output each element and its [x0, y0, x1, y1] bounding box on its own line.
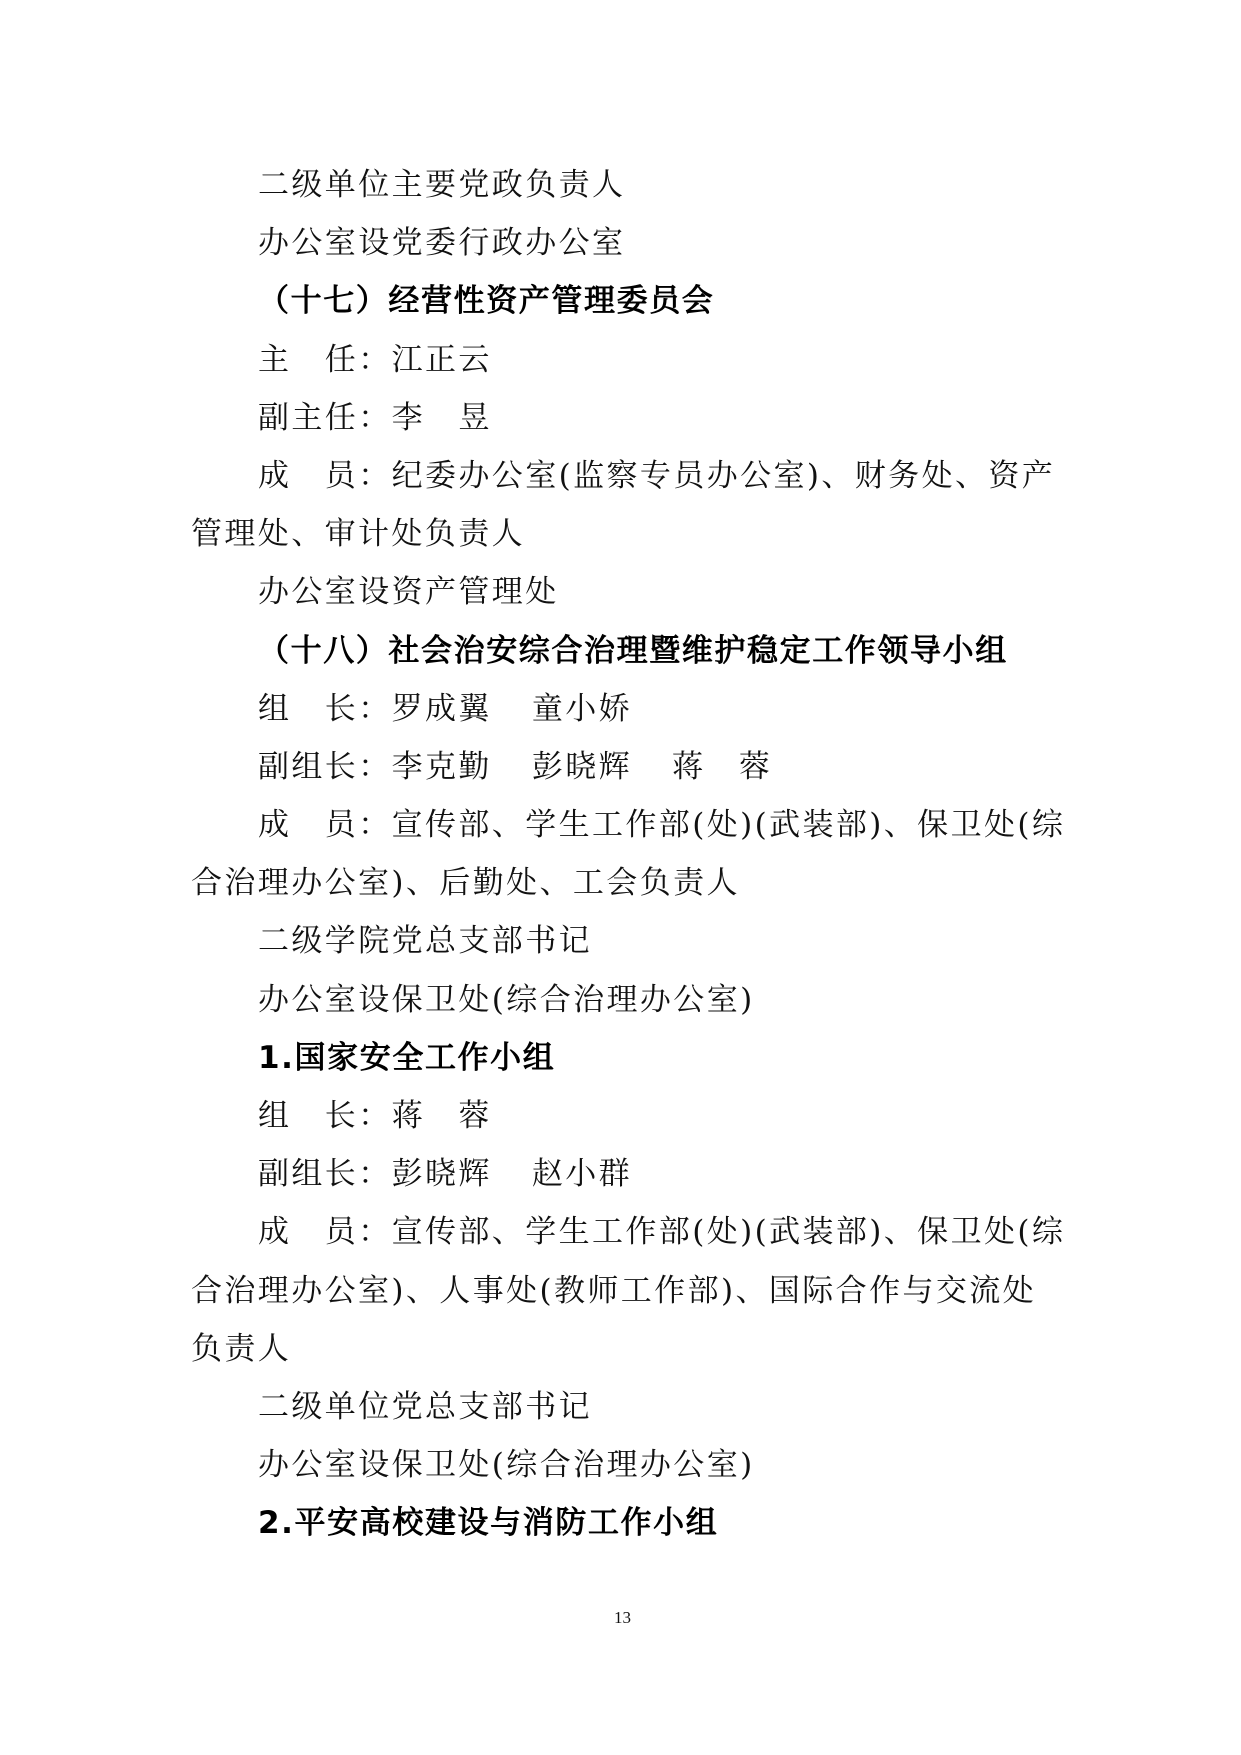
- paragraph-line: 二级学院党总支部书记: [191, 912, 1061, 970]
- section-heading-17: （十七）经营性资产管理委员会: [191, 272, 1061, 330]
- person-name: 李克勤: [392, 749, 492, 785]
- section-heading-18: （十八）社会治安综合治理暨维护稳定工作领导小组: [191, 622, 1061, 680]
- person-name: 蒋 蓉: [392, 1098, 492, 1134]
- role-label: 副组长：: [258, 1145, 392, 1203]
- paragraph-line: 办公室设资产管理处: [191, 563, 1061, 621]
- paragraph-line: 成 员：宣传部、学生工作部(处)(武装部)、保卫处(综: [191, 796, 1061, 854]
- paragraph-line: 办公室设保卫处(综合治理办公室): [191, 1436, 1061, 1494]
- person-name: 罗成翼: [392, 691, 492, 727]
- paragraph-line: 合治理办公室)、后勤处、工会负责人: [191, 854, 1061, 912]
- role-label: 组 长：: [258, 1087, 392, 1145]
- role-line-director: 主 任：江正云: [191, 331, 1061, 389]
- role-label: 副主任：: [258, 389, 392, 447]
- paragraph-line: 合治理办公室)、人事处(教师工作部)、国际合作与交流处: [191, 1262, 1061, 1320]
- paragraph-line: 负责人: [191, 1320, 1061, 1378]
- person-name: 江正云: [392, 342, 492, 378]
- paragraph-line: 成 员：宣传部、学生工作部(处)(武装部)、保卫处(综: [191, 1203, 1061, 1261]
- page-number: 13: [0, 1606, 1241, 1630]
- role-line-group-leader: 组 长：蒋 蓉: [191, 1087, 1061, 1145]
- role-label: 主 任：: [258, 331, 392, 389]
- subsection-heading-1: 1.国家安全工作小组: [191, 1029, 1061, 1087]
- person-name: 李 昱: [392, 400, 492, 436]
- paragraph-line: 二级单位党总支部书记: [191, 1378, 1061, 1436]
- person-name: 蒋 蓉: [672, 749, 772, 785]
- role-line-deputy-director: 副主任：李 昱: [191, 389, 1061, 447]
- document-body: 二级单位主要党政负责人 办公室设党委行政办公室 （十七）经营性资产管理委员会 主…: [191, 156, 1061, 1553]
- role-line-deputy-group-leader: 副组长：李克勤彭晓辉蒋 蓉: [191, 738, 1061, 796]
- person-name: 童小娇: [532, 691, 632, 727]
- person-name: 彭晓辉: [392, 1156, 492, 1192]
- role-line-group-leader: 组 长：罗成翼童小娇: [191, 680, 1061, 738]
- paragraph-line: 管理处、审计处负责人: [191, 505, 1061, 563]
- role-line-deputy-group-leader: 副组长：彭晓辉赵小群: [191, 1145, 1061, 1203]
- role-label: 组 长：: [258, 680, 392, 738]
- role-label: 副组长：: [258, 738, 392, 796]
- person-name: 赵小群: [532, 1156, 632, 1192]
- subsection-heading-2: 2.平安高校建设与消防工作小组: [191, 1494, 1061, 1552]
- person-name: 彭晓辉: [532, 749, 632, 785]
- paragraph-line: 办公室设党委行政办公室: [191, 214, 1061, 272]
- paragraph-line: 办公室设保卫处(综合治理办公室): [191, 971, 1061, 1029]
- paragraph-line: 二级单位主要党政负责人: [191, 156, 1061, 214]
- paragraph-line: 成 员：纪委办公室(监察专员办公室)、财务处、资产: [191, 447, 1061, 505]
